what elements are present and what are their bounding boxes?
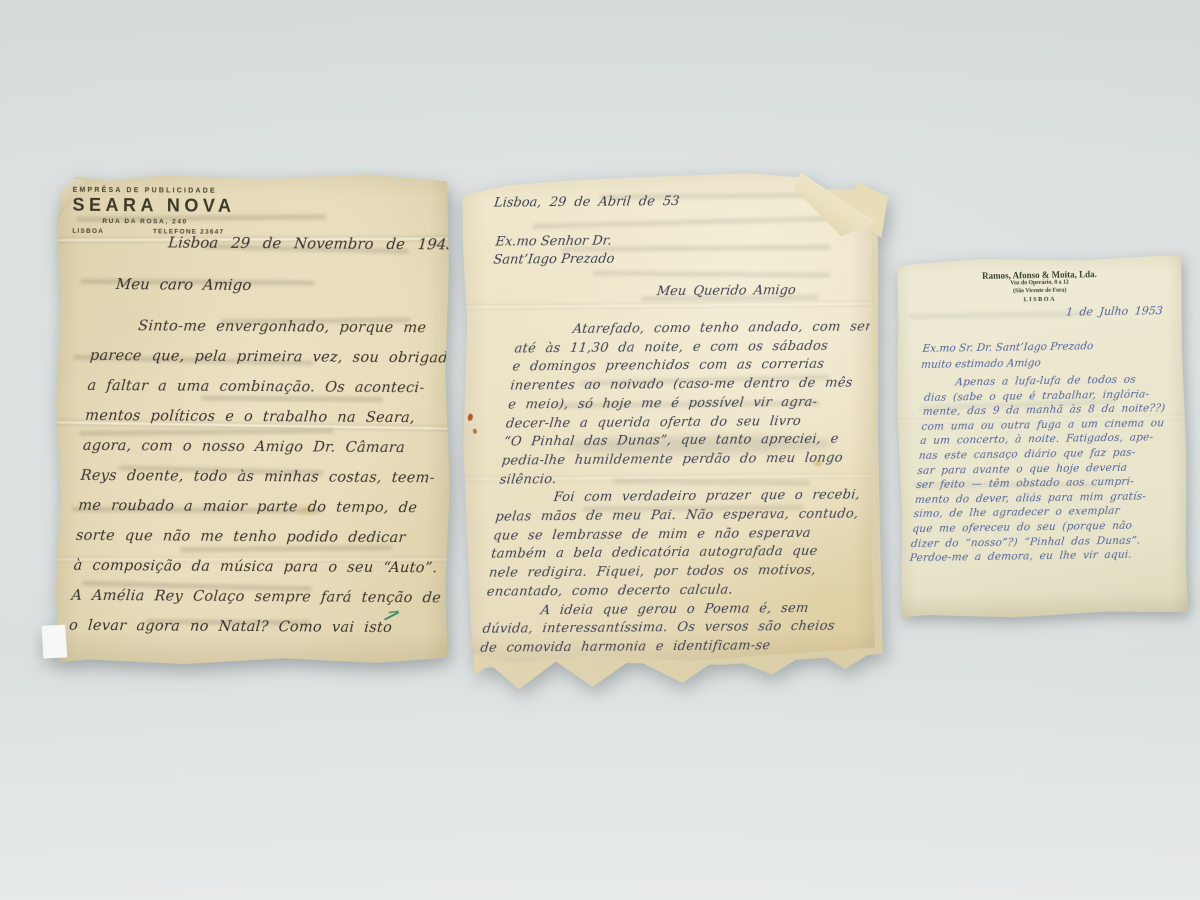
handwritten-line: inerentes ao noivado (caso-me dentro de … (509, 374, 889, 396)
handwritten-line: Sant’Iago Prezado (492, 251, 615, 270)
letter-1953-april: Lisboa, 29 de Abril de 53 1ª partDunas E… (458, 168, 895, 696)
letterhead-company-name: SEARA NOVA (72, 195, 235, 217)
bleed-through-writing (894, 254, 1184, 259)
white-paper-chip (41, 625, 67, 659)
dateline: Lisboa, 29 de Abril de 53 (493, 194, 680, 211)
letter-1945-seara-nova: EMPRÊSA DE PUBLICIDADE SEARA NOVA RUA DA… (53, 171, 452, 668)
fold-crease (461, 298, 875, 312)
letter-1953-april-sheet: Lisboa, 29 de Abril de 53 1ª partDunas E… (460, 172, 878, 666)
handwritten-line: me roubado a maior parte do tempo, de (77, 491, 449, 524)
handwritten-line: pelas mãos de meu Pai. Não esperava, con… (494, 505, 874, 527)
handwritten-line: a faltar a uma combinação. Os aconteci- (86, 371, 458, 404)
handwritten-line: Reys doente, todo às minhas costas, teem… (79, 461, 451, 494)
photograph-of-three-letters: EMPRÊSA DE PUBLICIDADE SEARA NOVA RUA DA… (0, 0, 1200, 900)
letter-body: Sinto-me envergonhado, porque meparece q… (68, 311, 463, 643)
ghost-stroke (909, 311, 1089, 319)
salutation: Meu caro Amigo (115, 275, 252, 294)
letter-1945-sheet: EMPRÊSA DE PUBLICIDADE SEARA NOVA RUA DA… (53, 171, 452, 668)
letterhead-top-line: EMPRÊSA DE PUBLICIDADE (73, 187, 236, 195)
letter-1953-july: Ramos, Afonso & Moita, Lda. Voz do Operá… (894, 254, 1190, 621)
handwritten-line: sorte que não me tenho podido dedicar (75, 521, 447, 554)
handwritten-line: muito estimado Amigo (920, 355, 1092, 373)
handwritten-line: Ex.mo Senhor Dr. (494, 233, 617, 252)
ink-speck (473, 429, 477, 434)
ghost-stroke (532, 216, 832, 229)
ramos-afonso-moita-letterhead: Ramos, Afonso & Moita, Lda. Voz do Operá… (894, 268, 1184, 306)
ink-speck (467, 413, 474, 421)
handwritten-line: nele redigira. Fiquei, por todos os moti… (488, 561, 868, 583)
ghost-stroke (593, 271, 831, 278)
handwritten-line: dúvida, interessantíssima. Os versos são… (481, 618, 861, 640)
recipient-block: Ex.mo Senhor Dr.Sant’Iago Prezado (492, 233, 617, 270)
recipient-block: Ex.mo Sr. Dr. Sant’Iago Prezadomuito est… (920, 339, 1094, 373)
handwritten-line: à composição da música para o seu “Auto”… (73, 551, 445, 584)
letterhead-city: LISBOA (72, 228, 104, 235)
handwritten-line: parece que, pela primeira vez, sou obrig… (89, 341, 461, 374)
bleed-through-writing (57, 171, 453, 174)
handwritten-line: Atarefado, como tenho andado, com serões (516, 318, 896, 340)
handwritten-line: Sinto-me envergonhado, porque me (91, 311, 463, 344)
letter-body: Atarefado, como tenho andado, com serões… (479, 318, 895, 658)
letterhead-address: RUA DA ROSA, 240 (102, 218, 235, 226)
salutation: Meu Querido Amigo (656, 283, 797, 299)
letter-1953-july-sheet: Ramos, Afonso & Moita, Lda. Voz do Operá… (894, 254, 1190, 621)
dateline: Lisboa 29 de Novembro de 1945 (168, 233, 457, 253)
handwritten-line: Perdoe-me a demora, eu lhe vir aqui. (909, 547, 1153, 565)
seara-nova-letterhead: EMPRÊSA DE PUBLICIDADE SEARA NOVA RUA DA… (72, 187, 235, 236)
green-ink-mark (384, 609, 402, 621)
handwritten-line: Ex.mo Sr. Dr. Sant’Iago Prezado (922, 339, 1094, 357)
handwritten-line: pedia-lhe humildemente perdão do meu lon… (501, 449, 881, 471)
handwritten-line: agora, com o nosso Amigo Dr. Câmara (82, 431, 454, 464)
bleed-through-writing (460, 172, 874, 176)
dateline: 1 de Julho 1953 (1066, 304, 1164, 319)
letter-body: Apenas a lufa-lufa de todos osdias (sabe… (909, 372, 1169, 566)
handwritten-line: mentos políticos e o trabalho na Seara, (84, 401, 456, 434)
